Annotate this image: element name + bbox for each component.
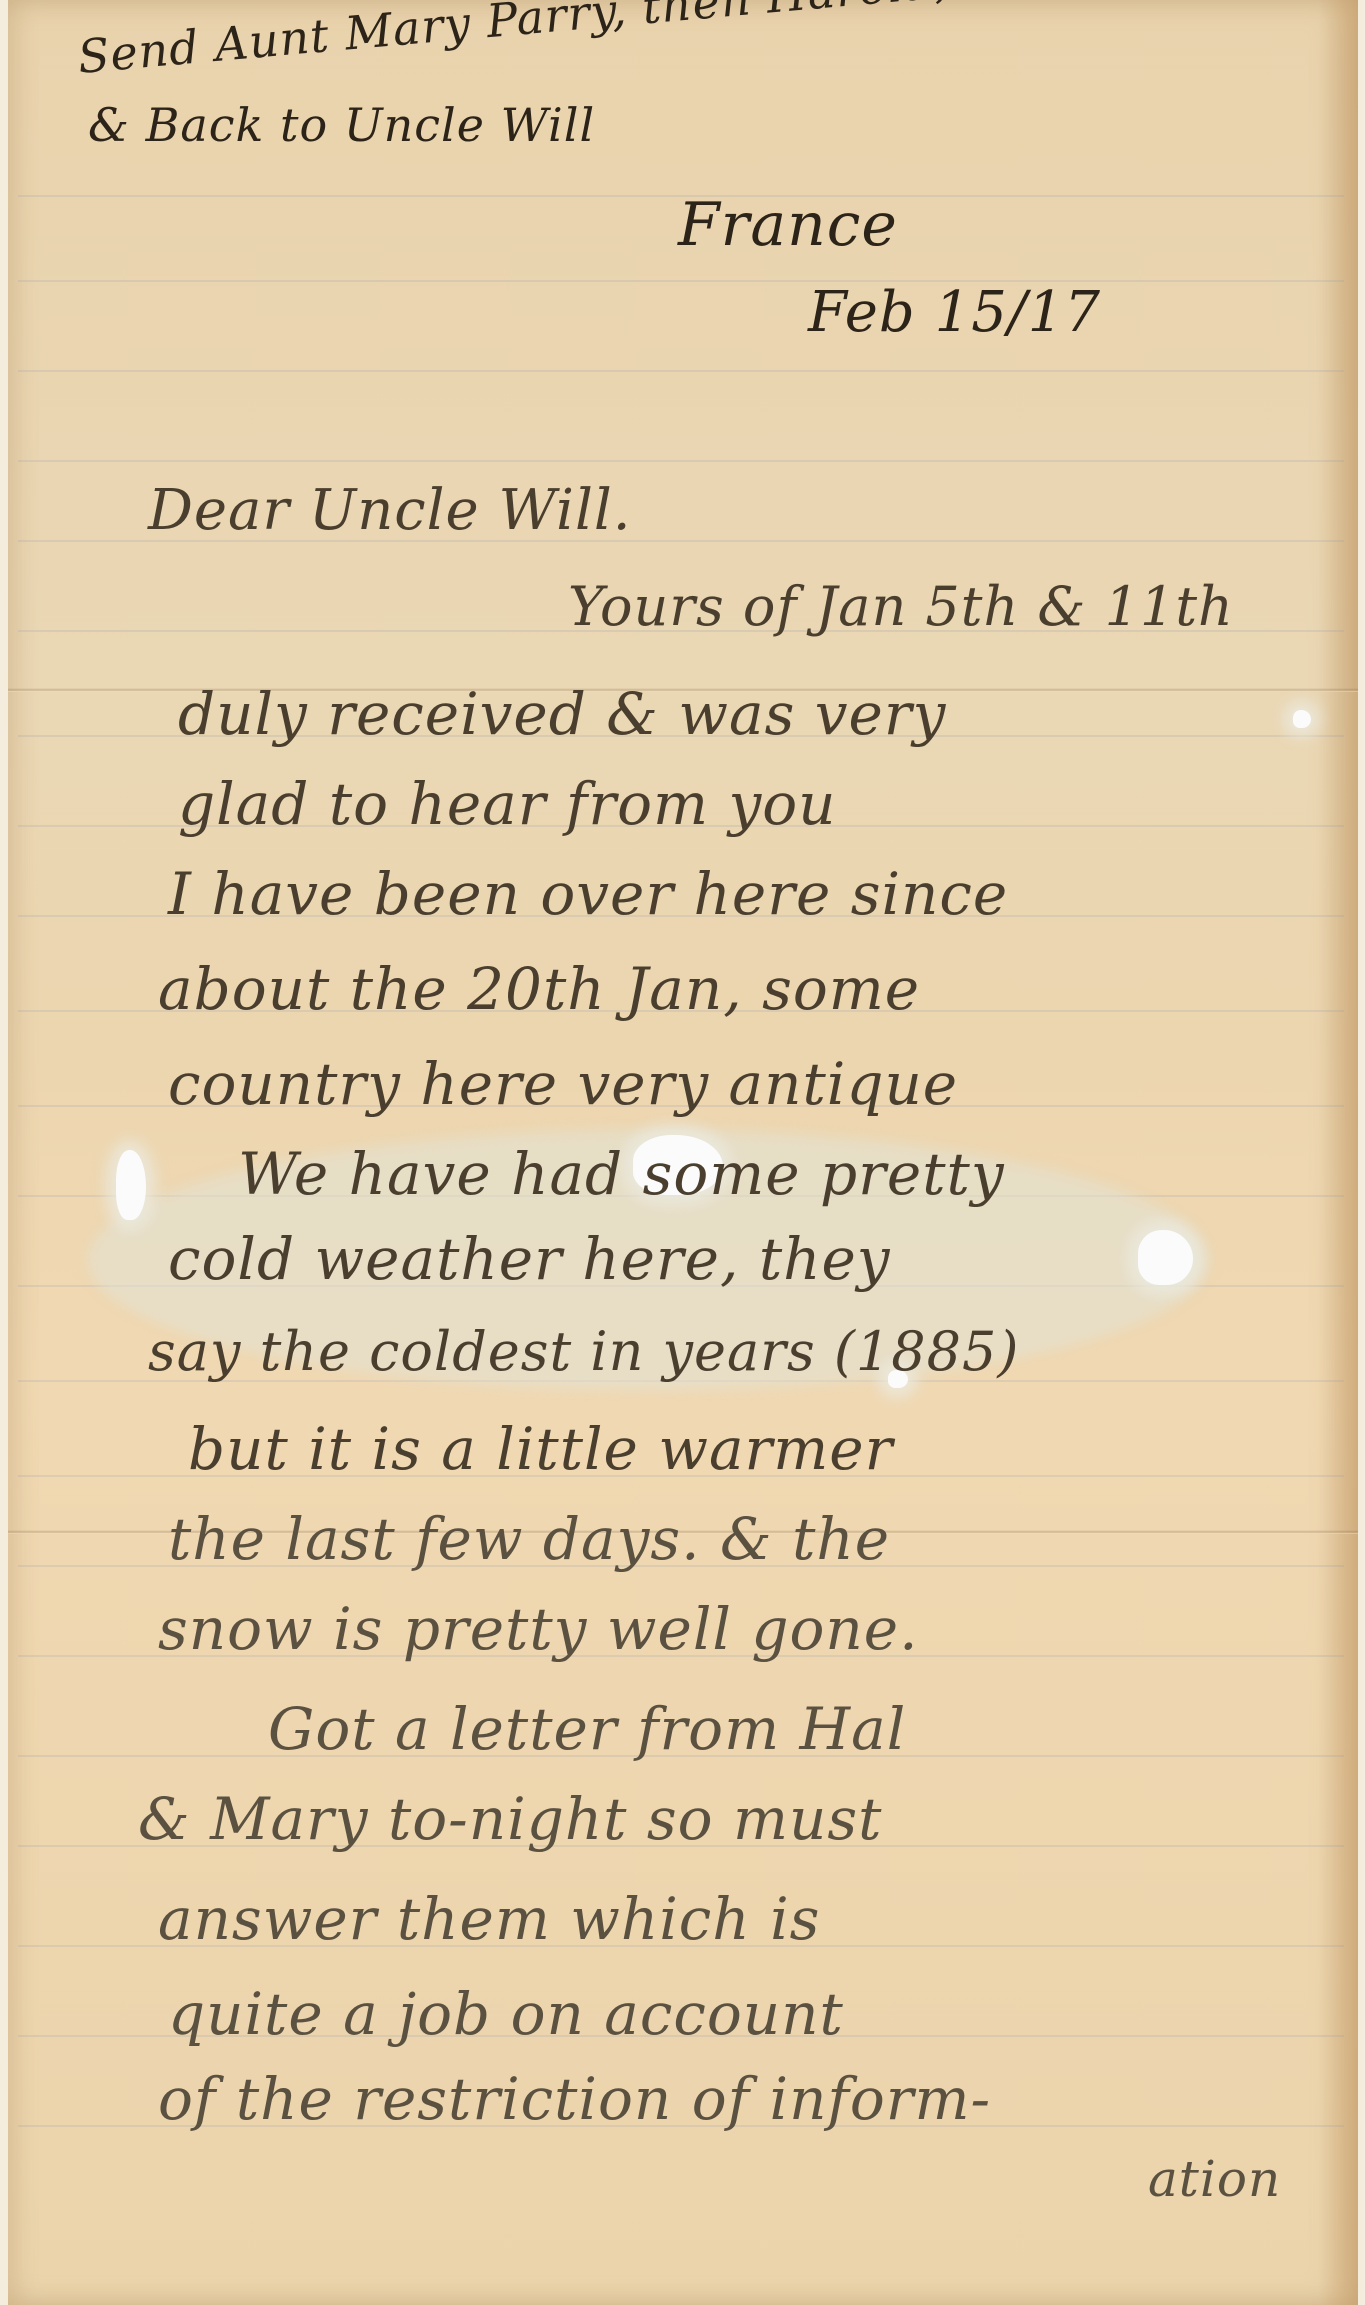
- body-line: We have had some pretty: [238, 1140, 1005, 1208]
- body-line: say the coldest in years (1885): [148, 1320, 1019, 1383]
- body-line: about the 20th Jan, some: [158, 955, 920, 1023]
- letter-page: Send Aunt Mary Parry, then Harold, & Bac…: [8, 0, 1358, 2305]
- body-line: snow is pretty well gone.: [158, 1595, 919, 1663]
- header-note-line-1: Send Aunt Mary Parry, then Harold,: [76, 0, 952, 84]
- body-line: duly received & was very: [178, 680, 946, 748]
- body-line: country here very antique: [168, 1050, 958, 1118]
- ruled-line: [18, 460, 1344, 462]
- salutation: Dear Uncle Will.: [148, 478, 632, 543]
- body-line: glad to hear from you: [178, 770, 837, 838]
- body-line: the last few days. & the: [168, 1505, 890, 1573]
- body-line: quite a job on account: [168, 1980, 844, 2048]
- letter-place: France: [678, 190, 898, 260]
- paper-hole: [116, 1150, 146, 1220]
- body-line: but it is a little warmer: [188, 1415, 893, 1483]
- body-line: Got a letter from Hal: [268, 1695, 906, 1763]
- body-line: of the restriction of inform-: [158, 2065, 991, 2133]
- body-line: Yours of Jan 5th & 11th: [568, 575, 1234, 638]
- body-line: I have been over here since: [168, 860, 1008, 928]
- body-line: & Mary to-night so must: [138, 1785, 882, 1853]
- body-line: answer them which is: [158, 1885, 820, 1953]
- ruled-line: [18, 370, 1344, 372]
- letter-date: Feb 15/17: [808, 280, 1101, 345]
- ruled-line: [18, 280, 1344, 282]
- paper-hole: [1138, 1230, 1193, 1285]
- body-line: ation: [1148, 2150, 1281, 2208]
- body-line: cold weather here, they: [168, 1225, 891, 1293]
- paper-hole: [1293, 710, 1311, 728]
- header-note-line-2: & Back to Uncle Will: [88, 98, 595, 152]
- paper-edge-shadow: [1318, 0, 1358, 2305]
